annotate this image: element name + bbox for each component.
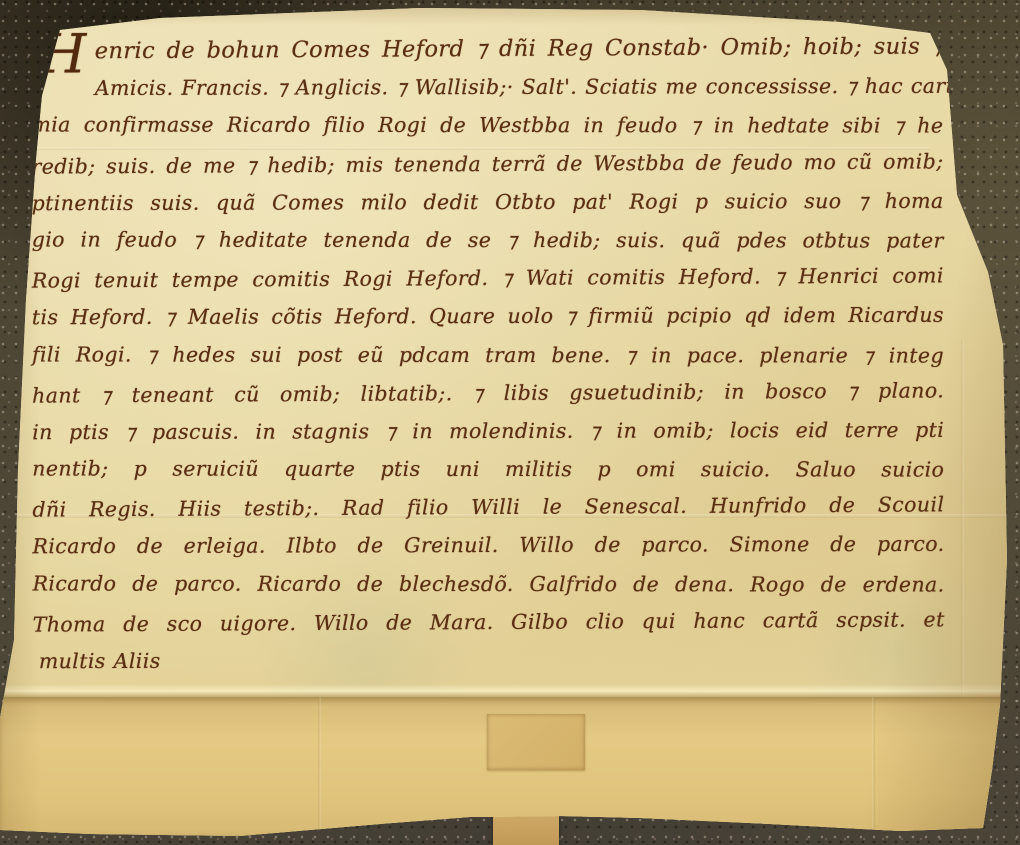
- charter-line: nentib; p seruiciũ quarte ptis uni milit…: [32, 450, 944, 489]
- charter-line: Thoma de sco uigore. Willo de Mara. Gilb…: [33, 600, 945, 643]
- charter-line: fili Rogi. ⁊ hedes sui post eũ pdcam tra…: [32, 335, 944, 374]
- charter-line: hant ⁊ teneant cũ omib; libtatib;. ⁊ lib…: [32, 371, 944, 414]
- charter-line: Ricardo de erleiga. Ilbto de Greinuil. W…: [32, 525, 944, 566]
- seal-tag-slit-patch: [487, 714, 585, 770]
- charter-line: tis Heford. ⁊ Maelis cõtis Heford. Quare…: [32, 296, 944, 337]
- charter-line: dñi Regis. Hiis testib;. Rad filio Willi…: [32, 486, 944, 529]
- charter-line: redib; suis. de me ⁊ hedib; mis tenenda …: [31, 142, 943, 185]
- charter-line: ptinentiis suis. quã Comes milo dedit Ot…: [32, 182, 944, 223]
- charter-line: Ricardo de parco. Ricardo de blechesdõ. …: [33, 564, 945, 603]
- charter-line: gio in feudo ⁊ heditate tenenda de se ⁊ …: [32, 220, 944, 259]
- charter-line: mia confirmasse Ricardo filio Rogi de We…: [31, 106, 943, 145]
- charter-line: Amicis. Francis. ⁊ Anglicis. ⁊ Wallisib;…: [31, 67, 943, 108]
- crease-line: [961, 340, 964, 710]
- parchment-bottom-edge: [0, 684, 1010, 697]
- photo-background: Henric de bohun Comes Heford ⁊ dñi Reg C…: [0, 0, 1020, 845]
- charter-line: Rogi tenuit tempe comitis Rogi Heford. ⁊…: [32, 256, 944, 299]
- parchment-charter: Henric de bohun Comes Heford ⁊ dñi Reg C…: [0, 0, 1020, 845]
- crease-line: [872, 697, 875, 840]
- charter-line: in ptis ⁊ pascuis. in stagnis ⁊ in molen…: [32, 411, 944, 452]
- crease-line: [318, 697, 321, 840]
- charter-line: multis Aliis: [33, 640, 945, 681]
- charter-line-text: enric de bohun Comes Heford ⁊ dñi Reg Co…: [95, 33, 944, 64]
- illuminated-initial: H: [39, 34, 87, 74]
- charter-text: Henric de bohun Comes Heford ⁊ dñi Reg C…: [31, 29, 945, 681]
- charter-line: Henric de bohun Comes Heford ⁊ dñi Reg C…: [31, 27, 943, 70]
